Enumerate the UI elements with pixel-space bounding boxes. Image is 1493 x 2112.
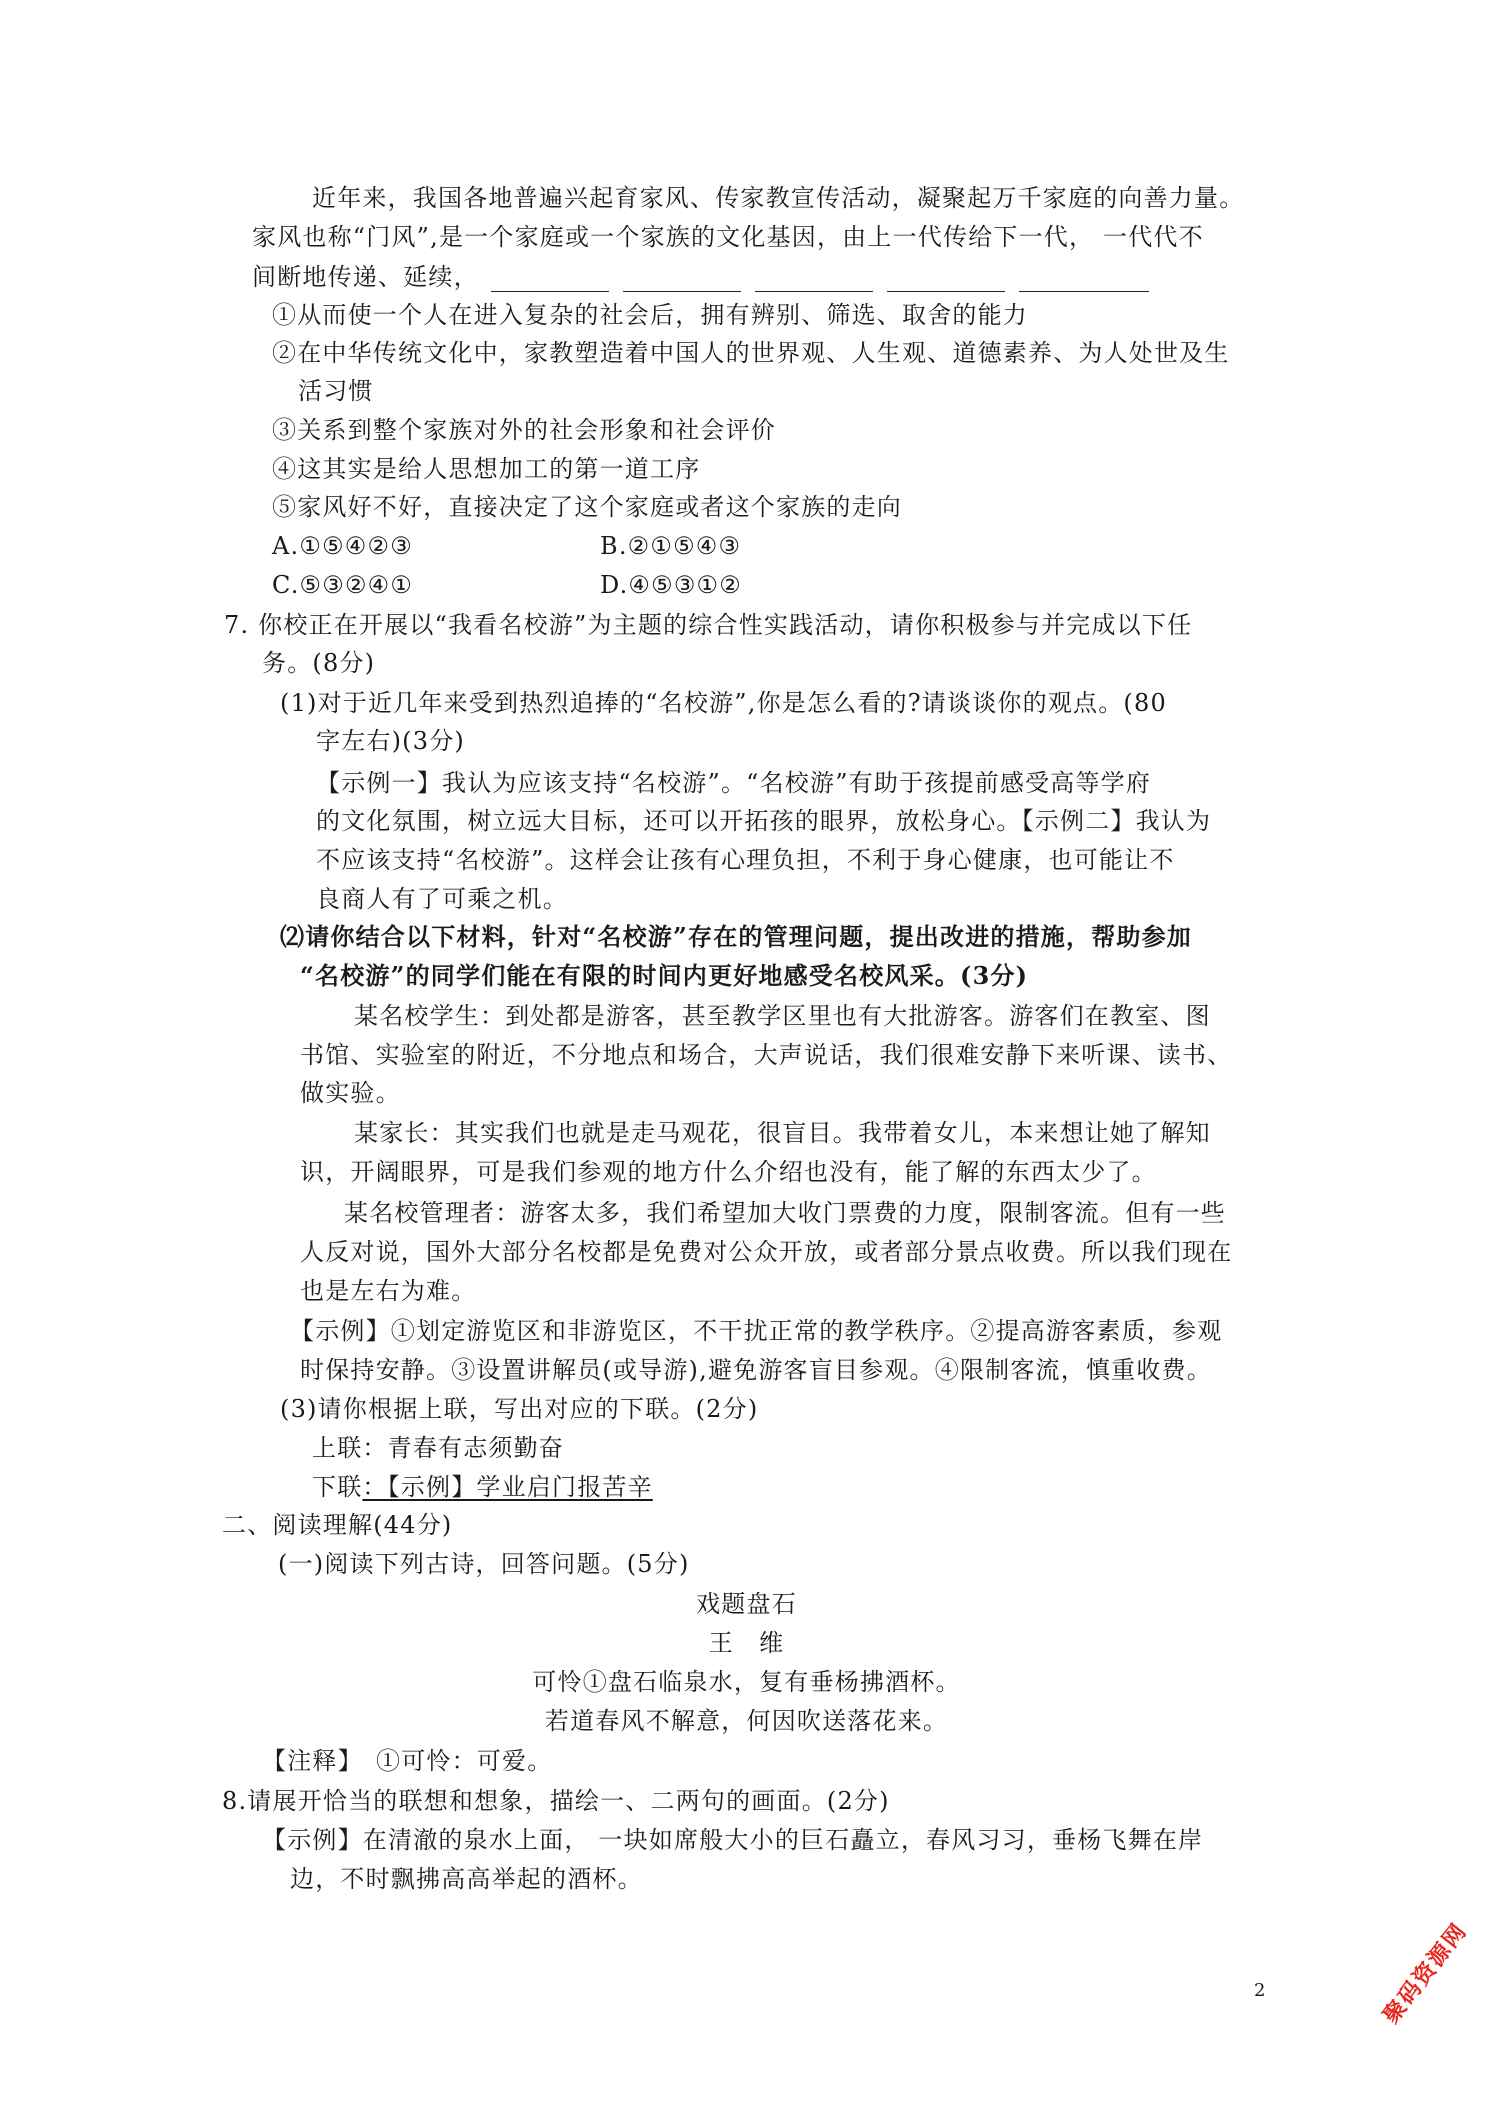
passage-line-3-text: 间断地传递、延续， (252, 263, 479, 291)
sentence-3: ③关系到整个家族对外的社会形象和社会评价 (272, 415, 776, 445)
couplet-lower-answer: ：【示例】学业启门报苦辛 (362, 1473, 652, 1501)
answer-blank-3[interactable] (755, 269, 873, 292)
q7-sub3-prompt: (3)请你根据上联，写出对应的下联。(2分) (280, 1394, 758, 1424)
q7-sub1-answer-2: 的文化氛围，树立远大目标，还可以开拓孩的眼界，放松身心。【示例二】我认为 (316, 806, 1211, 836)
q7-sub1-answer-1: 【示例一】我认为应该支持“名校游”。“名校游”有助于孩提前感受高等学府 (316, 768, 1151, 798)
q7-sub2-answer-1: 【示例】①划定游览区和非游览区，不干扰正常的教学秩序。②提高游客素质，参观 (290, 1316, 1222, 1346)
answer-blank-4[interactable] (887, 269, 1005, 292)
poem-line-2: 若道春风不解意，何因吹送落花来。 (0, 1706, 1493, 1736)
material-student-1: 某名校学生：到处都是游客，甚至教学区里也有大批游客。游客们在教室、图 (354, 1001, 1211, 1031)
watermark-stamp: 聚码资源网 (1375, 1915, 1473, 2029)
q7-sub2-prompt-2: “名校游”的同学们能在有限的时间内更好地感受名校风采。(3分) (300, 961, 1028, 991)
option-a[interactable]: A.①⑤④②③ (272, 531, 413, 561)
passage-line-1: 近年来，我国各地普遍兴起育家风、传家教宣传活动，凝聚起万千家庭的向善力量。 (312, 183, 1244, 213)
option-d[interactable]: D.④⑤③①② (600, 570, 742, 600)
passage-line-2: 家风也称“门风”,是一个家庭或一个家族的文化基因，由上一代传给下一代， 一代代不 (252, 222, 1204, 252)
q8-prompt: 8.请展开恰当的联想和想象，描绘一、二两句的画面。(2分) (222, 1786, 890, 1816)
q7-sub1-answer-4: 良商人有了可乘之机。 (316, 884, 568, 914)
material-manager-3: 也是左右为难。 (300, 1276, 476, 1306)
q7-sub1-prompt-1: (1)对于近几年来受到热烈追捧的“名校游”,你是怎么看的?请谈谈你的观点。(80 (280, 688, 1167, 718)
q8-answer-1: 【示例】在清澈的泉水上面， 一块如席般大小的巨石矗立，春风习习，垂杨飞舞在岸 (262, 1825, 1203, 1855)
q7-sub2-answer-2: 时保持安静。③设置讲解员(或导游),避免游客盲目参观。④限制客流，慎重收费。 (300, 1355, 1212, 1385)
answer-blank-2[interactable] (623, 269, 741, 292)
answer-blank-1[interactable] (491, 269, 609, 292)
q7-sub2-prompt-1: ⑵请你结合以下材料，针对“名校游”存在的管理问题，提出改进的措施，帮助参加 (280, 922, 1192, 952)
section-2-title: 二、阅读理解(44分) (222, 1510, 452, 1540)
couplet-lower: 下联：【示例】学业启门报苦辛 (312, 1472, 653, 1502)
sentence-4: ④这其实是给人思想加工的第一道工序 (272, 454, 700, 484)
material-student-3: 做实验。 (300, 1078, 401, 1108)
option-b[interactable]: B.②①⑤④③ (600, 531, 741, 561)
q7-sub1-answer-3: 不应该支持“名校游”。这样会让孩有心理负担，不利于身心健康，也可能让不 (316, 845, 1175, 875)
poem-title: 戏题盘石 (0, 1589, 1493, 1619)
material-parent-2: 识，开阔眼界，可是我们参观的地方什么介绍也没有，能了解的东西太少了。 (300, 1157, 1157, 1187)
material-manager-2: 人反对说，国外大部分名校都是免费对公众开放，或者部分景点收费。所以我们现在 (300, 1237, 1232, 1267)
section-2-part-1: (一)阅读下列古诗，回答问题。(5分) (278, 1549, 690, 1579)
passage-line-3: 间断地传递、延续， (252, 262, 1163, 292)
couplet-upper-text: 青春有志须勤奋 (388, 1434, 564, 1462)
option-c[interactable]: C.⑤③②④① (272, 570, 413, 600)
q7-stem-line-2: 务。(8分) (262, 648, 375, 678)
answer-blank-5[interactable] (1019, 269, 1149, 292)
sentence-5: ⑤家风好不好，直接决定了这个家庭或者这个家族的走向 (272, 492, 902, 522)
q8-answer-2: 边，不时飘拂高高举起的酒杯。 (290, 1864, 643, 1894)
sentence-2-cont: 活习惯 (298, 376, 374, 406)
poem-note: 【注释】 ①可怜：可爱。 (262, 1746, 552, 1776)
poem-line-1: 可怜①盘石临泉水，复有垂杨拂酒杯。 (0, 1667, 1493, 1697)
material-parent-1: 某家长：其实我们也就是走马观花，很盲目。我带着女儿，本来想让她了解知 (354, 1118, 1211, 1148)
couplet-upper: 上联：青春有志须勤奋 (312, 1433, 564, 1463)
material-student-2: 书馆、实验室的附近，不分地点和场合，大声说话，我们很难安静下来听课、读书、 (300, 1040, 1232, 1070)
material-manager-1: 某名校管理者：游客太多，我们希望加大收门票费的力度，限制客流。但有一些 (344, 1198, 1226, 1228)
poem-author: 王 维 (0, 1628, 1493, 1658)
q7-sub1-prompt-2: 字左右)(3分) (316, 726, 465, 756)
couplet-upper-label: 上联： (312, 1434, 388, 1462)
sentence-1: ①从而使一个人在进入复杂的社会后，拥有辨别、筛选、取舍的能力 (272, 300, 1028, 330)
couplet-lower-label: 下联 (312, 1473, 362, 1501)
sentence-2: ②在中华传统文化中，家教塑造着中国人的世界观、人生观、道德素养、为人处世及生 (272, 338, 1230, 368)
page-number: 2 (1254, 1980, 1265, 2001)
q7-stem-line-1: 7. 你校正在开展以“我看名校游”为主题的综合性实践活动，请你积极参与并完成以下… (224, 610, 1192, 640)
